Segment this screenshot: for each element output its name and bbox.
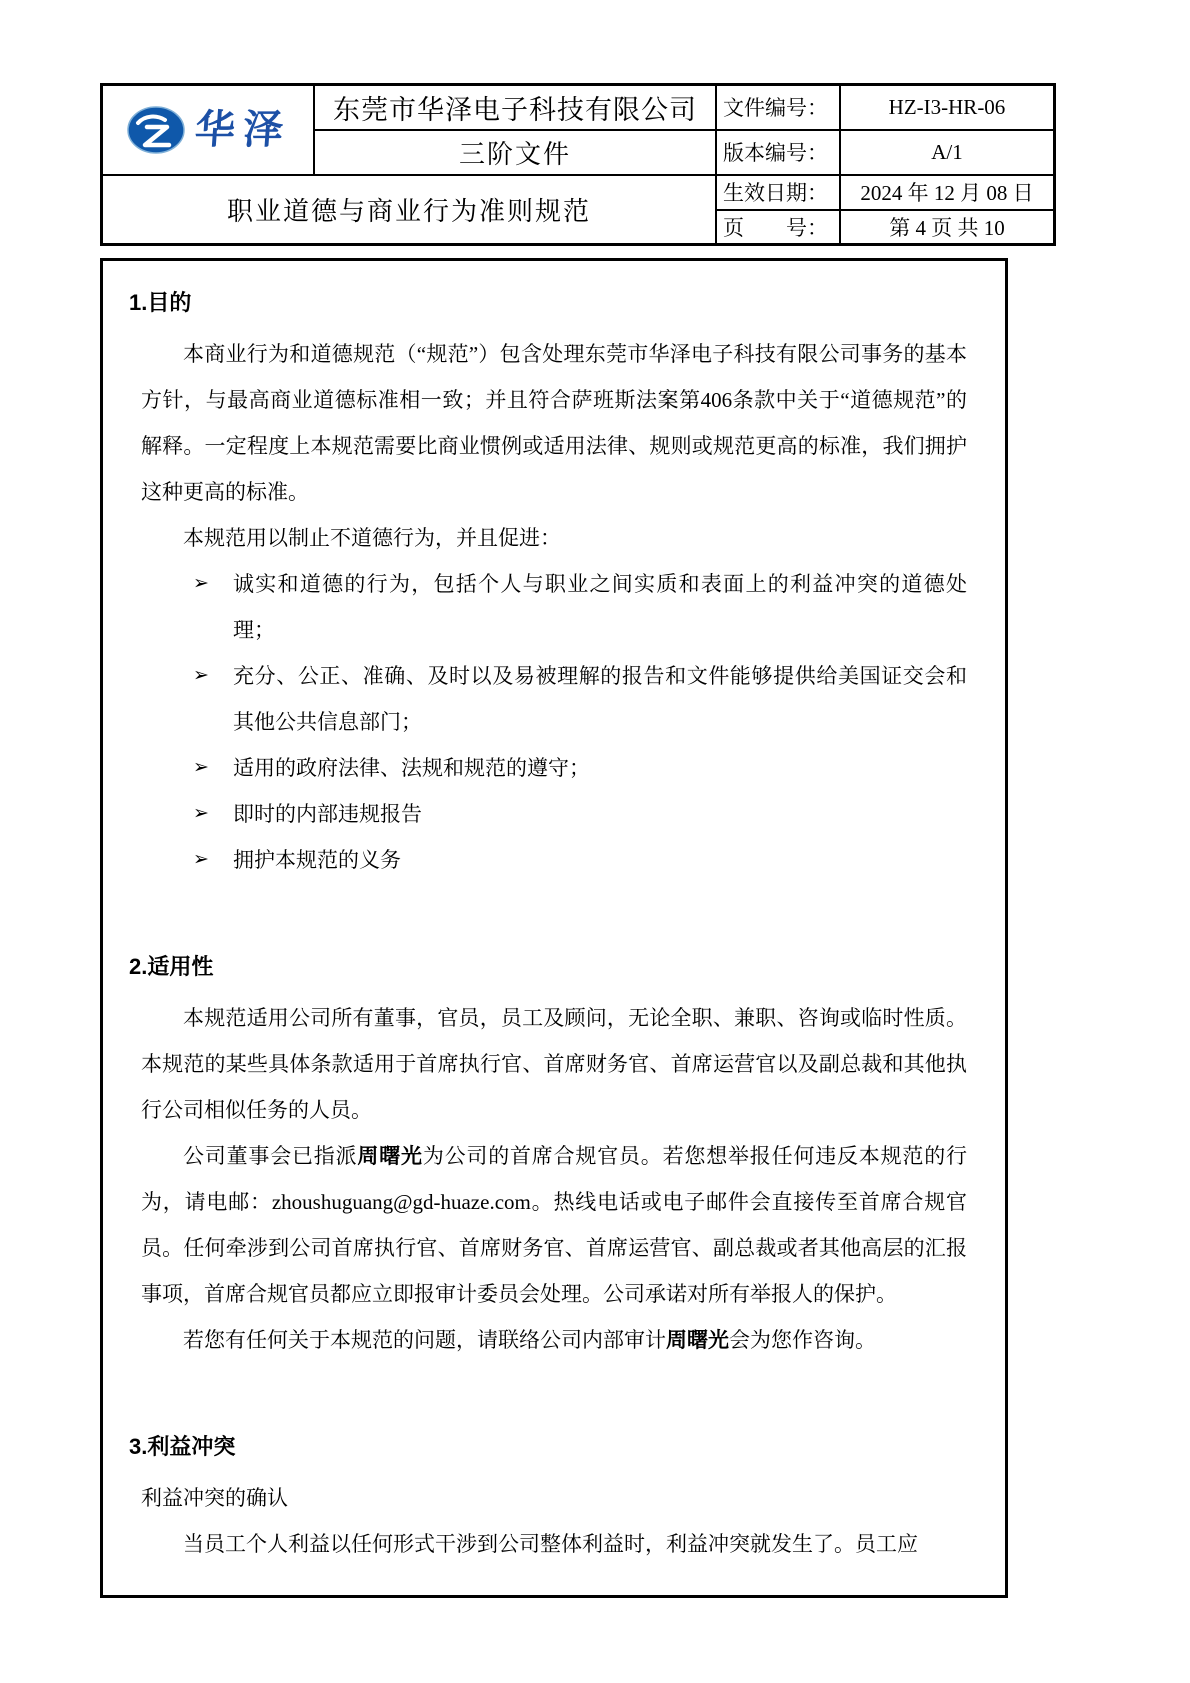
bullet-item: ➢拥护本规范的义务	[141, 837, 967, 883]
field-label-page-number: 页 号：	[716, 210, 840, 245]
bold-name-text: 周曙光	[357, 1144, 422, 1168]
bullet-text: 充分、公正、准确、及时以及易被理解的报告和文件能够提供给美国证交会和其他公共信息…	[233, 653, 967, 745]
paragraph: 公司董事会已指派周曙光为公司的首席合规官员。若您想举报任何违反本规范的行为，请电…	[141, 1133, 967, 1317]
text-run: 本规范用以制止不道德行为，并且促进：	[183, 526, 561, 550]
document-page: 华泽 东莞市华泽电子科技有限公司 文件编号： HZ-I3-HR-06 三阶文件 …	[0, 0, 1190, 1683]
text-run: 适用的政府法律、法规和规范的遵守；	[233, 756, 590, 780]
bullet-arrow-icon: ➢	[193, 653, 233, 699]
text-run: 公司董事会已指派	[183, 1144, 357, 1168]
text-run: 利益冲突的确认	[141, 1486, 288, 1510]
bullet-arrow-icon: ➢	[193, 561, 233, 607]
brand-text: 华泽	[194, 110, 293, 150]
bullet-text: 即时的内部违规报告	[233, 791, 967, 837]
paragraph: 利益冲突的确认	[141, 1475, 967, 1521]
section-heading: 3.利益冲突	[129, 1427, 967, 1467]
logo-cell: 华泽	[102, 85, 315, 175]
text-run: 本商业行为和道德规范（“规范”）包含处理东莞市华泽电子科技有限公司事务的基本方针…	[141, 342, 967, 504]
bold-name-text: 周曙光	[666, 1328, 729, 1352]
field-value-doc-number: HZ-I3-HR-06	[840, 85, 1055, 130]
bullet-text: 诚实和道德的行为，包括个人与职业之间实质和表面上的利益冲突的道德处理；	[233, 561, 967, 653]
text-run: 诚实和道德的行为，包括个人与职业之间实质和表面上的利益冲突的道德处理；	[233, 572, 967, 642]
header-table: 华泽 东莞市华泽电子科技有限公司 文件编号： HZ-I3-HR-06 三阶文件 …	[100, 83, 1056, 246]
document-body: 1.目的本商业行为和道德规范（“规范”）包含处理东莞市华泽电子科技有限公司事务的…	[100, 258, 1008, 1598]
bullet-text: 拥护本规范的义务	[233, 837, 967, 883]
text-run: 会为您作咨询。	[729, 1328, 876, 1352]
section-heading: 2.适用性	[129, 947, 967, 987]
field-label-doc-number: 文件编号：	[716, 85, 840, 130]
field-value-version: A/1	[840, 130, 1055, 175]
field-value-page-number: 第 4 页 共 10	[840, 210, 1055, 245]
text-run: 本规范适用公司所有董事，官员，员工及顾问，无论全职、兼职、咨询或临时性质。本规范…	[141, 1006, 967, 1122]
paragraph: 本规范用以制止不道德行为，并且促进：	[141, 515, 967, 561]
text-run: 若您有任何关于本规范的问题，请联络公司内部审计	[183, 1328, 666, 1352]
paragraph: 若您有任何关于本规范的问题，请联络公司内部审计周曙光会为您作咨询。	[141, 1317, 967, 1363]
text-run: 为公司的首席合规官员。若您想举报任何违反本规范的行为，请电邮：zhoushugu…	[141, 1144, 967, 1306]
doc-section: 2.适用性本规范适用公司所有董事，官员，员工及顾问，无论全职、兼职、咨询或临时性…	[141, 947, 967, 1363]
bullet-item: ➢即时的内部违规报告	[141, 791, 967, 837]
field-label-version: 版本编号：	[716, 130, 840, 175]
paragraph: 本商业行为和道德规范（“规范”）包含处理东莞市华泽电子科技有限公司事务的基本方针…	[141, 331, 967, 515]
bullet-arrow-icon: ➢	[193, 791, 233, 837]
bullet-text: 适用的政府法律、法规和规范的遵守；	[233, 745, 967, 791]
paragraph: 当员工个人利益以任何形式干涉到公司整体利益时，利益冲突就发生了。员工应	[141, 1521, 967, 1567]
field-value-effective-date: 2024 年 12 月 08 日	[840, 175, 1055, 210]
company-logo-icon	[125, 103, 187, 157]
text-run: 即时的内部违规报告	[233, 802, 422, 826]
bullet-arrow-icon: ➢	[193, 745, 233, 791]
doc-level: 三阶文件	[314, 130, 716, 175]
bullet-item: ➢适用的政府法律、法规和规范的遵守；	[141, 745, 967, 791]
bullet-arrow-icon: ➢	[193, 837, 233, 883]
text-run: 拥护本规范的义务	[233, 848, 401, 872]
section-heading: 1.目的	[129, 283, 967, 323]
field-label-effective-date: 生效日期：	[716, 175, 840, 210]
doc-section: 3.利益冲突利益冲突的确认当员工个人利益以任何形式干涉到公司整体利益时，利益冲突…	[141, 1427, 967, 1567]
doc-section: 1.目的本商业行为和道德规范（“规范”）包含处理东莞市华泽电子科技有限公司事务的…	[141, 283, 967, 883]
bullet-item: ➢诚实和道德的行为，包括个人与职业之间实质和表面上的利益冲突的道德处理；	[141, 561, 967, 653]
doc-title: 职业道德与商业行为准则规范	[102, 175, 717, 245]
text-run: 充分、公正、准确、及时以及易被理解的报告和文件能够提供给美国证交会和其他公共信息…	[233, 664, 967, 734]
paragraph: 本规范适用公司所有董事，官员，员工及顾问，无论全职、兼职、咨询或临时性质。本规范…	[141, 995, 967, 1133]
company-name: 东莞市华泽电子科技有限公司	[314, 85, 716, 130]
bullet-item: ➢充分、公正、准确、及时以及易被理解的报告和文件能够提供给美国证交会和其他公共信…	[141, 653, 967, 745]
text-run: 当员工个人利益以任何形式干涉到公司整体利益时，利益冲突就发生了。员工应	[183, 1532, 918, 1556]
